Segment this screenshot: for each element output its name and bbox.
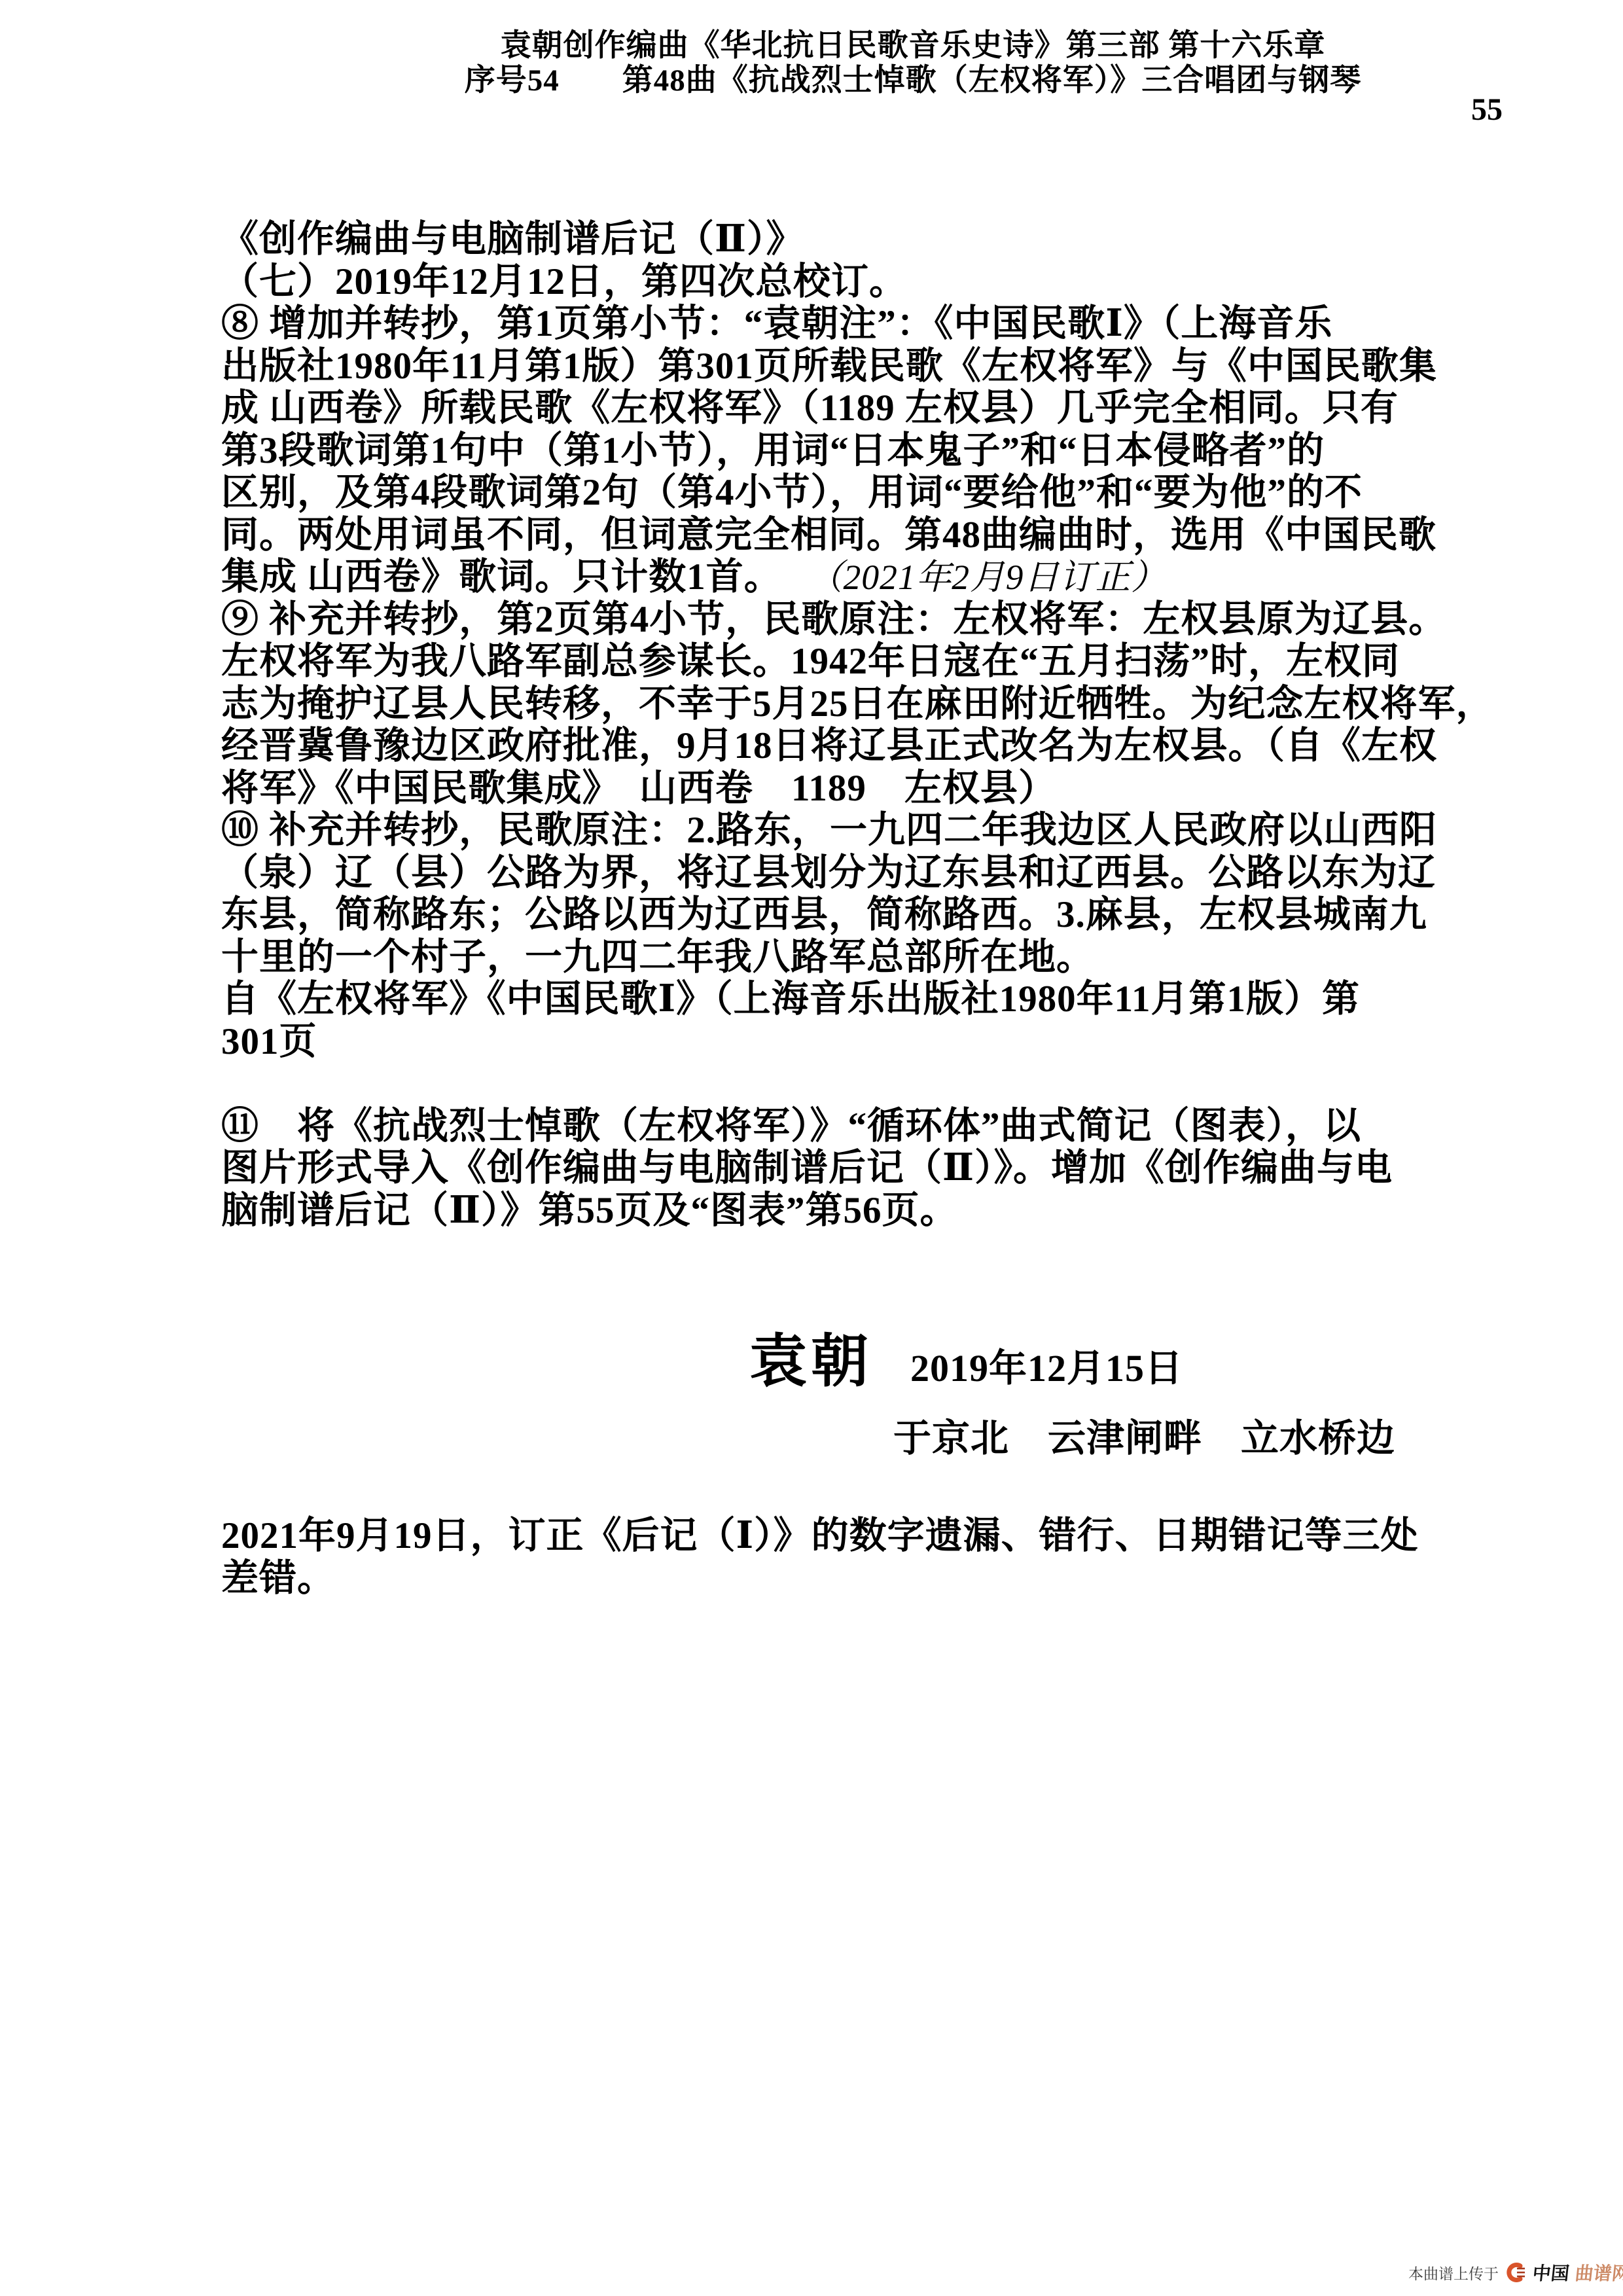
body-line-text: ⑩ 补充并转抄，民歌原注：2.路东，一九四二年我边区人民政府以山西阳 — [221, 810, 1437, 851]
body-line-text: 图片形式导入《创作编曲与电脑制谱后记（Ⅱ）》。增加《创作编曲与电 — [221, 1147, 1393, 1189]
body-line: 第3段歌词第1句中（第1小节），用词“日本鬼子”和“日本侵略者”的 — [221, 430, 1468, 473]
body-line-text: 《创作编曲与电脑制谱后记（Ⅱ）》 — [221, 219, 804, 260]
body-line-text: 脑制谱后记（Ⅱ）》第55页及“图表”第56页。 — [221, 1190, 958, 1231]
footnote-line: 差错。 — [221, 1558, 1419, 1600]
body-line-italic-note: （2021年2月9日订正） — [825, 558, 1167, 597]
body-line: ⑧ 增加并转抄，第1页第小节：“袁朝注”：《中国民歌Ⅰ》（上海音乐 — [221, 303, 1468, 346]
body-text: 《创作编曲与电脑制谱后记（Ⅱ）》 （七）2019年12月12日，第四次总校订。 … — [221, 219, 1468, 1232]
body-line: 图片形式导入《创作编曲与电脑制谱后记（Ⅱ）》。增加《创作编曲与电 — [221, 1147, 1468, 1190]
watermark-brand-black: 中国 — [1531, 2259, 1571, 2286]
body-line-text: 出版社1980年11月第1版）第301页所载民歌《左权将军》与《中国民歌集 — [221, 346, 1437, 387]
signature-place: 于京北 云津闸畔 立水桥边 — [893, 1407, 1395, 1462]
footnote-block: 2021年9月19日，订正《后记（Ⅰ）》的数字遗漏、错行、日期错记等三处 差错。 — [221, 1515, 1419, 1600]
signature-date: 2019年12月15日 — [910, 1337, 1183, 1392]
body-line-text: 十里的一个村子，一九四二年我八路军总部所在地。 — [221, 937, 1094, 978]
body-line: 成 山西卷》所载民歌《左权将军》（1189 左权县）几乎完全相同。只有 — [221, 387, 1468, 430]
body-line-text: 同。两处用词虽不同，但词意完全相同。第48曲编曲时，选用《中国民歌 — [221, 514, 1436, 556]
body-line: ⑪ 将《抗战烈士悼歌（左权将军）》“循环体”曲式简记（图表），以 — [221, 1105, 1468, 1148]
page-number: 55 — [1471, 92, 1503, 128]
body-line-text: 志为掩护辽县人民转移，不幸于5月25日在麻田附近牺牲。为纪念左权将军， — [221, 683, 1494, 725]
body-line: 301页 — [221, 1021, 1468, 1064]
body-line-text: 左权将军为我八路军副总参谋长。1942年日寇在“五月扫荡”时，左权同 — [221, 641, 1400, 682]
body-line-text: （泉）辽（县）公路为界，将辽县划分为辽东县和辽西县。公路以东为辽 — [221, 852, 1436, 893]
site-watermark: 本曲谱上传于 中国 曲谱网 — [1408, 2259, 1623, 2286]
qupu-logo-icon — [1505, 2261, 1527, 2284]
signature-name: 袁朝 — [749, 1316, 872, 1398]
body-line-text: 301页 — [221, 1021, 317, 1062]
body-line: 《创作编曲与电脑制谱后记（Ⅱ）》 — [221, 219, 1468, 261]
watermark-brand-red: 曲谱网 — [1574, 2259, 1623, 2286]
body-line-text: ⑧ 增加并转抄，第1页第小节：“袁朝注”：《中国民歌Ⅰ》（上海音乐 — [221, 303, 1332, 344]
body-line: 区别，及第4段歌词第2句（第4小节），用词“要给他”和“要为他”的不 — [221, 472, 1468, 514]
body-line: 自《左权将军》《中国民歌Ⅰ》（上海音乐出版社1980年11月第1版）第 — [221, 978, 1468, 1021]
body-line: 志为掩护辽县人民转移，不幸于5月25日在麻田附近牺牲。为纪念左权将军， — [221, 683, 1468, 726]
body-line: ⑨ 补充并转抄，第2页第4小节，民歌原注：左权将军：左权县原为辽县。 — [221, 599, 1468, 641]
body-line: 同。两处用词虽不同，但词意完全相同。第48曲编曲时，选用《中国民歌 — [221, 514, 1468, 557]
body-line-text: 经晋冀鲁豫边区政府批准，9月18日将辽县正式改名为左权县。（自《左权 — [221, 725, 1437, 766]
body-line: 东县，简称路东；公路以西为辽西县，简称路西。3.麻县，左权县城南九 — [221, 894, 1468, 937]
header-line-2: 序号54 第48曲《抗战烈士悼歌（左权将军）》三合唱团与钢琴 — [209, 63, 1616, 98]
body-line-text: 成 山西卷》所载民歌《左权将军》（1189 左权县）几乎完全相同。只有 — [221, 387, 1399, 429]
document-page: 袁朝创作编曲《华北抗日民歌音乐史诗》第三部 第十六乐章 序号54 第48曲《抗战… — [0, 0, 1623, 2296]
body-line: 十里的一个村子，一九四二年我八路军总部所在地。 — [221, 937, 1468, 979]
signature-row: 袁朝 2019年12月15日 — [749, 1316, 1395, 1398]
body-line: （七）2019年12月12日，第四次总校订。 — [221, 261, 1468, 304]
body-line-text: 将军》《中国民歌集成》 山西卷 1189 左权县） — [221, 768, 1056, 809]
header-line-1: 袁朝创作编曲《华北抗日民歌音乐史诗》第三部 第十六乐章 — [209, 29, 1616, 63]
body-line: ⑩ 补充并转抄，民歌原注：2.路东，一九四二年我边区人民政府以山西阳 — [221, 810, 1468, 852]
body-line-text: 集成 山西卷》歌词。只计数1首。 — [221, 556, 782, 598]
body-line: 出版社1980年11月第1版）第301页所载民歌《左权将军》与《中国民歌集 — [221, 346, 1468, 388]
body-line-text: 第3段歌词第1句中（第1小节），用词“日本鬼子”和“日本侵略者”的 — [221, 430, 1325, 471]
body-line: 左权将军为我八路军副总参谋长。1942年日寇在“五月扫荡”时，左权同 — [221, 641, 1468, 683]
footnote-line: 2021年9月19日，订正《后记（Ⅰ）》的数字遗漏、错行、日期错记等三处 — [221, 1515, 1419, 1558]
body-line: 将军》《中国民歌集成》 山西卷 1189 左权县） — [221, 768, 1468, 810]
body-line-text: 东县，简称路东；公路以西为辽西县，简称路西。3.麻县，左权县城南九 — [221, 894, 1427, 935]
watermark-prefix-text: 本曲谱上传于 — [1408, 2262, 1499, 2284]
body-line-text: ⑪ 将《抗战烈士悼歌（左权将军）》“循环体”曲式简记（图表），以 — [221, 1105, 1361, 1147]
body-line-text: （七）2019年12月12日，第四次总校订。 — [221, 261, 907, 302]
body-line: 经晋冀鲁豫边区政府批准，9月18日将辽县正式改名为左权县。（自《左权 — [221, 725, 1468, 768]
body-line-text: 区别，及第4段歌词第2句（第4小节），用词“要给他”和“要为他”的不 — [221, 472, 1363, 513]
signature-block: 袁朝 2019年12月15日 于京北 云津闸畔 立水桥边 — [749, 1316, 1395, 1462]
body-line: （泉）辽（县）公路为界，将辽县划分为辽东县和辽西县。公路以东为辽 — [221, 852, 1468, 895]
page-header: 袁朝创作编曲《华北抗日民歌音乐史诗》第三部 第十六乐章 序号54 第48曲《抗战… — [209, 29, 1616, 98]
body-line-text: ⑨ 补充并转抄，第2页第4小节，民歌原注：左权将军：左权县原为辽县。 — [221, 599, 1446, 640]
body-line: 脑制谱后记（Ⅱ）》第55页及“图表”第56页。 — [221, 1190, 1468, 1232]
body-line-text: 自《左权将军》《中国民歌Ⅰ》（上海音乐出版社1980年11月第1版）第 — [221, 978, 1360, 1020]
body-line: 集成 山西卷》歌词。只计数1首。（2021年2月9日订正） — [221, 556, 1468, 599]
